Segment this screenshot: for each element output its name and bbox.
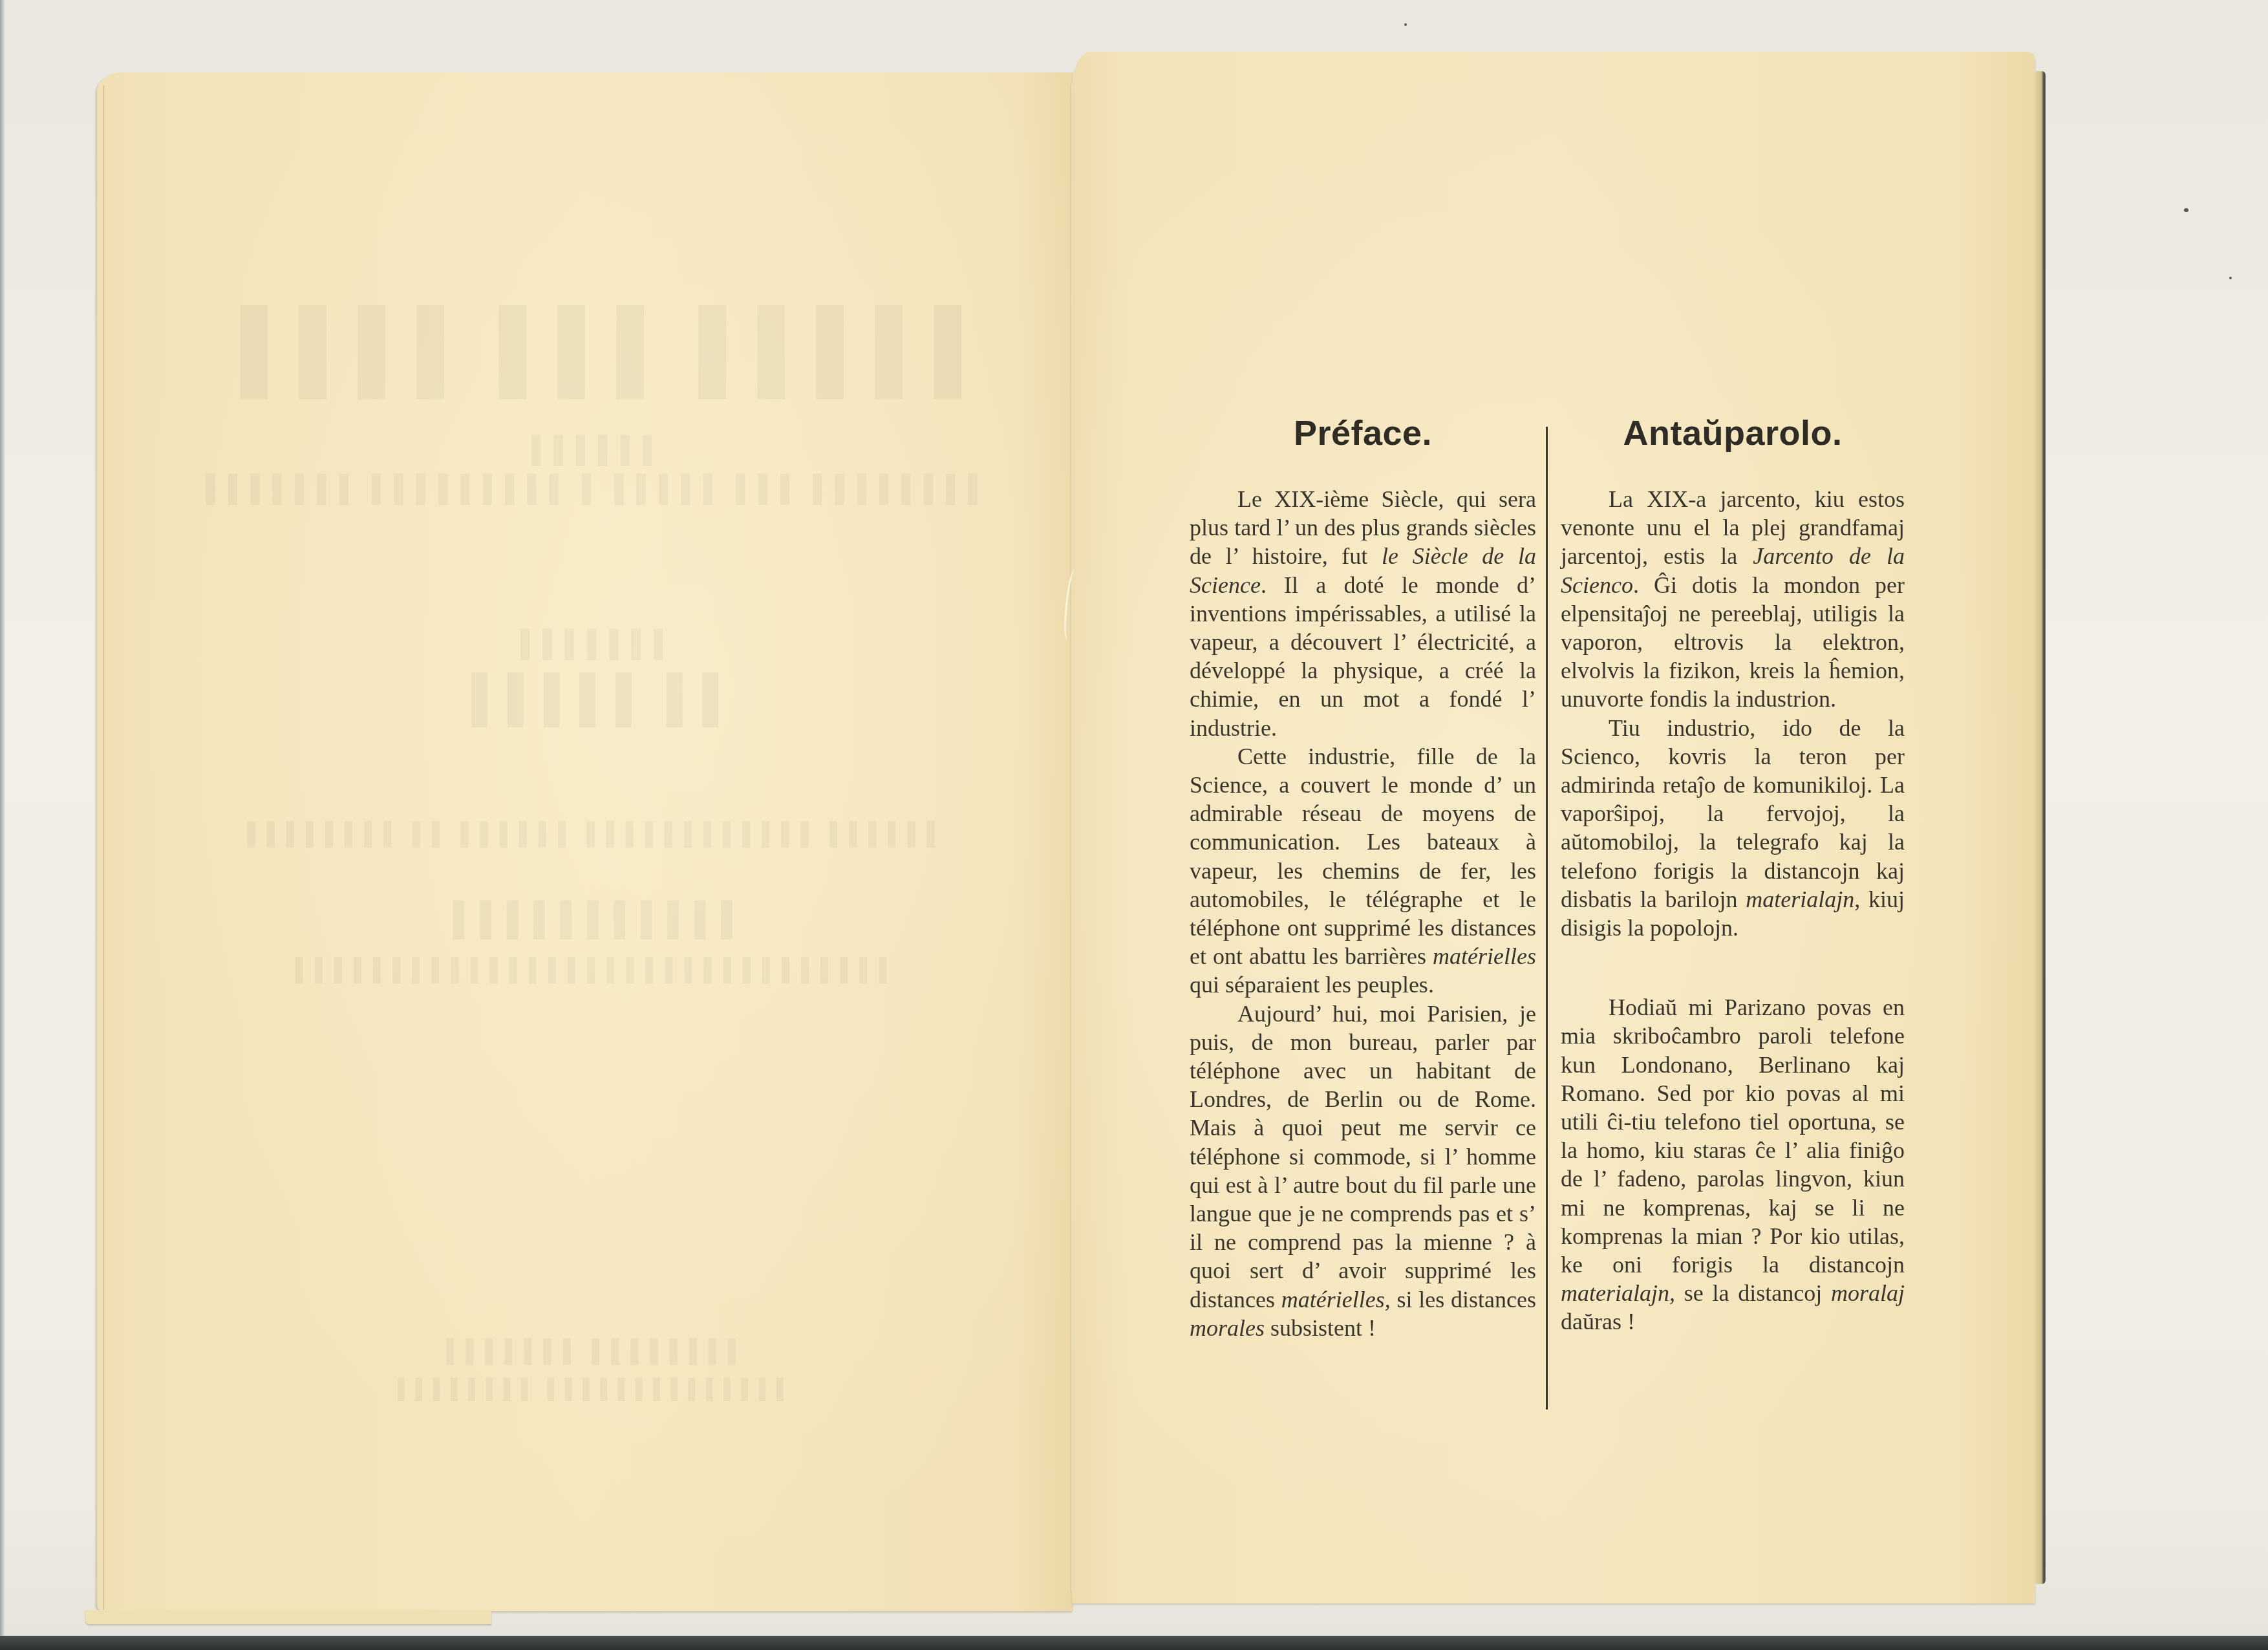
text-run: Tiu industrio, ido de la Scienco, kovris… bbox=[1561, 715, 1905, 912]
paragraph: Aujourd’ hui, moi Parisien, je puis, de … bbox=[1190, 1000, 1536, 1342]
italic-run: matérielles bbox=[1433, 943, 1536, 969]
bleed-through-line: ▌▌ ▌▌▌▌▌ bbox=[97, 674, 1073, 725]
paragraph: Le XIX-ième Siècle, qui sera plus tard l… bbox=[1190, 485, 1536, 742]
bleed-through-line: ▌▌▌▌▌▌▌▌ ▌▌▌▌▌▌▌ bbox=[97, 1340, 1073, 1364]
text-run: Aujourd’ hui, moi Parisien, je puis, de … bbox=[1190, 1001, 1536, 1312]
dust-speck bbox=[1404, 23, 1407, 26]
paragraphs-french: Le XIX-ième Siècle, qui sera plus tard l… bbox=[1190, 485, 1536, 1342]
bleed-through-line: ▌▌▌▌▌▌ bbox=[97, 434, 1073, 465]
text-run: se la distancoj bbox=[1675, 1280, 1831, 1306]
column-french: Préface. Le XIX-ième Siècle, qui sera pl… bbox=[1190, 414, 1536, 1342]
paragraph: Tiu industrio, ido de la Scienco, kovris… bbox=[1561, 714, 1905, 943]
bleed-through-line: ▌▌▌▌▌▌▌▌▌▌▌▌▌▌ ▌▌▌▌▌▌▌▌ bbox=[97, 1378, 1073, 1400]
bleed-through-line: ▌▌▌▌▌▌▌ bbox=[97, 628, 1073, 659]
bleed-through-line: ▌▌▌▌▌▌▌▌▌▌▌▌▌▌▌▌▌▌▌▌▌▌▌▌▌▌▌▌▌▌▌ bbox=[97, 958, 1073, 983]
paragraphs-esperanto: La XIX-a jarcento, kiu estos venonte unu… bbox=[1561, 485, 1905, 1336]
text-run: qui séparaient les peuples. bbox=[1190, 972, 1434, 998]
title-antauparolo: Antaŭparolo. bbox=[1561, 414, 1905, 453]
paragraph: La XIX-a jarcento, kiu estos venonte unu… bbox=[1561, 485, 1905, 714]
dust-speck bbox=[2184, 208, 2188, 212]
bleed-through-line: ▌▌▌▌▌▌ ▌▌▌▌▌▌▌▌▌▌▌▌ ▌▌▌▌▌▌ ▌▌ ▌▌▌▌▌▌▌▌ bbox=[97, 822, 1073, 847]
text-run: daŭras ! bbox=[1561, 1309, 1635, 1334]
paragraph: Cette industrie, fille de la Science, a … bbox=[1190, 742, 1536, 1000]
italic-run: materialajn, bbox=[1561, 1280, 1675, 1306]
dust-speck bbox=[2229, 277, 2232, 279]
paragraph: Hodiaŭ mi Parizano povas en mia skriboĉa… bbox=[1561, 993, 1905, 1336]
column-divider bbox=[1546, 427, 1548, 1409]
italic-run: morales bbox=[1190, 1315, 1265, 1341]
bleed-through-line: ▌▌▌▌▌▌▌▌▌▌▌ bbox=[97, 900, 1073, 937]
scanner-edge bbox=[0, 0, 5, 1650]
text-run: Cette industrie, fille de la Science, a … bbox=[1190, 744, 1536, 969]
italic-run: moralaj bbox=[1831, 1280, 1905, 1306]
scanner-strip bbox=[0, 1636, 2268, 1650]
left-page: ▌▌▌▌▌ ▌▌▌ ▌▌▌▌ ▌▌▌▌▌▌ ▌▌▌▌▌▌▌▌ ▌▌▌ ▌▌▌▌▌… bbox=[97, 72, 1073, 1611]
bleed-through-title: ▌▌▌▌▌ ▌▌▌ ▌▌▌▌ bbox=[97, 305, 1073, 394]
title-preface: Préface. bbox=[1190, 414, 1536, 453]
bleed-through-line: ▌▌▌▌▌▌▌▌ ▌▌▌ ▌▌▌▌▌ ▌ ▌▌▌▌▌▌▌▌▌ ▌▌▌▌▌▌▌ bbox=[97, 473, 1073, 504]
text-run: subsistent ! bbox=[1265, 1315, 1376, 1341]
italic-run: materialajn, bbox=[1746, 886, 1860, 912]
text-run: Hodiaŭ mi Parizano povas en mia skriboĉa… bbox=[1561, 994, 1905, 1278]
column-esperanto: Antaŭparolo. La XIX-a jarcento, kiu esto… bbox=[1561, 414, 1905, 1336]
text-run: si les distances bbox=[1391, 1287, 1536, 1312]
italic-run: matérielles, bbox=[1281, 1287, 1391, 1312]
